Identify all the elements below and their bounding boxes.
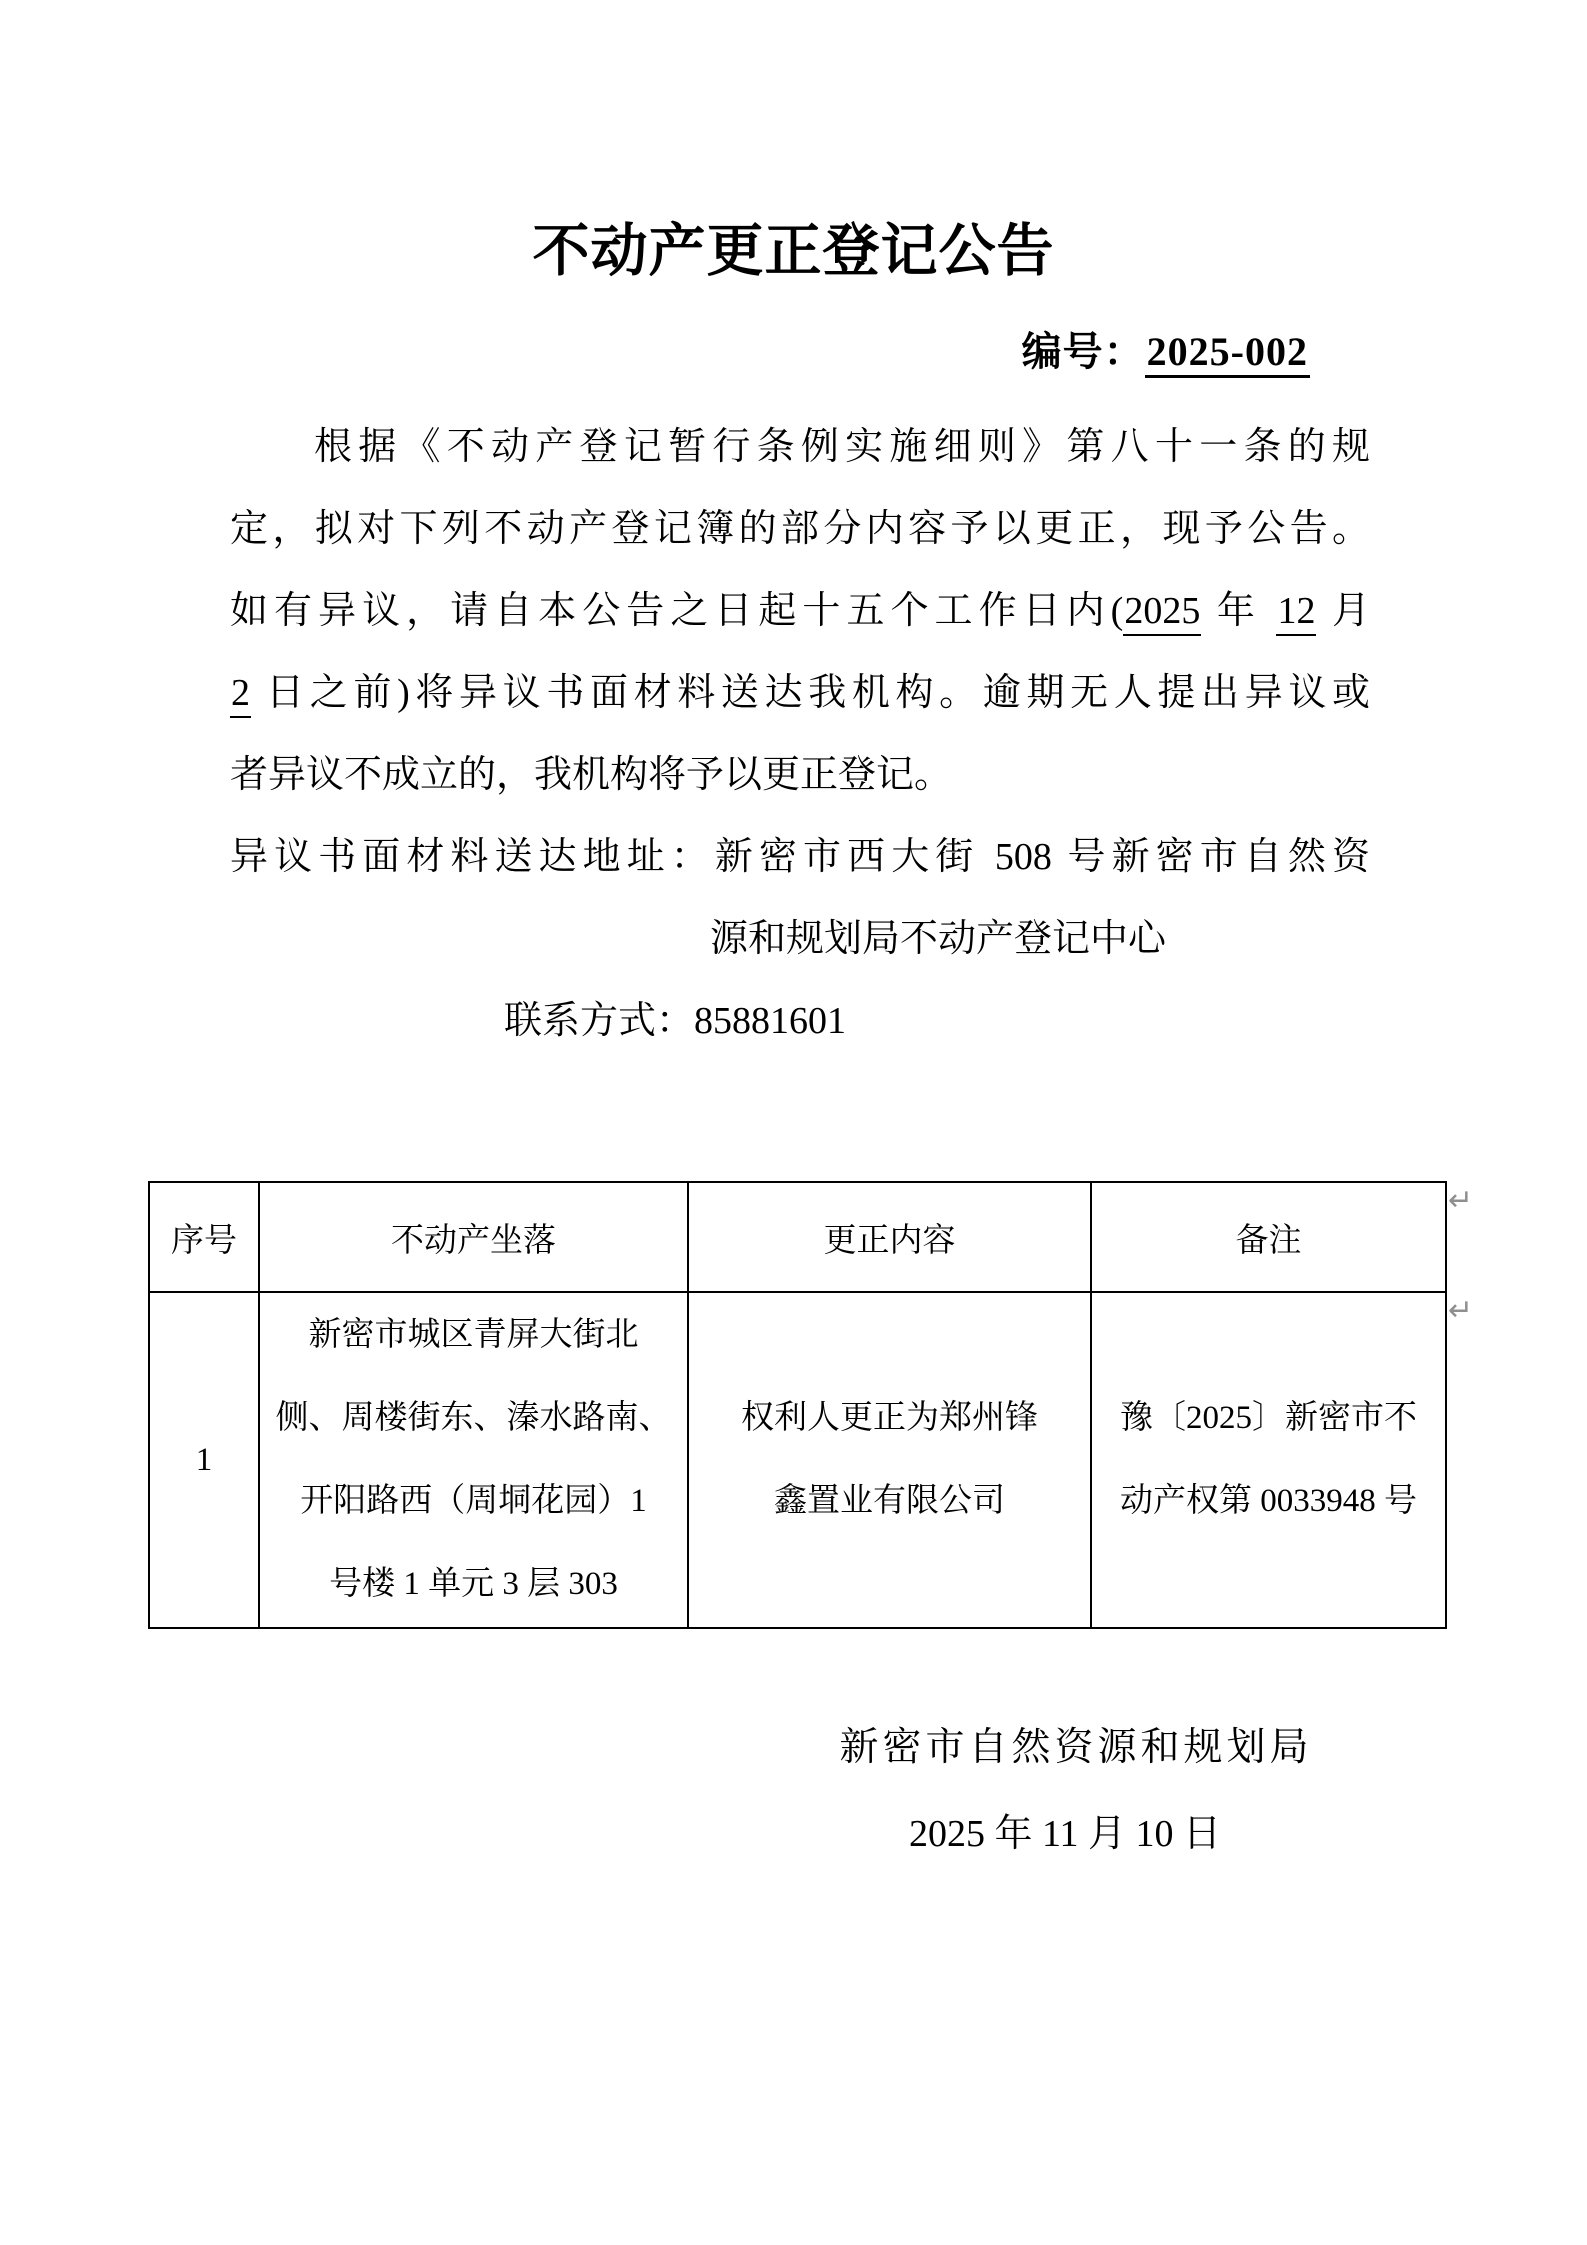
location-line: 新密市城区青屏大街北 (266, 1294, 681, 1377)
address-line-1: 异议书面材料送达地址：新密市西大街 508 号新密市自然资 (230, 816, 1370, 898)
body-line-5: 者异议不成立的，我机构将予以更正登记。 (230, 734, 1370, 816)
deadline-month: 12 (1276, 590, 1316, 636)
body-line-4: 2 日之前)将异议书面材料送达我机构。逾期无人提出异议或 (230, 652, 1370, 734)
address-line-2: 源和规划局不动产登记中心 (230, 898, 1370, 980)
document-page: 不动产更正登记公告 编号：2025-002 根据《不动产登记暂行条例实施细则》第… (0, 0, 1587, 2245)
doc-number-value: 2025-002 (1145, 329, 1310, 378)
deadline-day: 2 (230, 672, 251, 718)
body-line-3: 如有异议，请自本公告之日起十五个工作日内(2025 年 12 月 (230, 570, 1370, 652)
correction-line: 权利人更正为郑州锋 (695, 1377, 1084, 1460)
contact-label: 联系方式： (504, 1000, 694, 1042)
table-row: 1 新密市城区青屏大街北 侧、周楼街东、溱水路南、 开阳路西（周垌花园）1 号楼… (149, 1292, 1446, 1628)
contact-phone: 85881601 (694, 1000, 846, 1042)
doc-number-label: 编号： (1022, 329, 1145, 374)
header-location: 不动产坐落 (259, 1182, 688, 1292)
body-line-3-text: 月 (1316, 590, 1370, 632)
location-line: 号楼 1 单元 3 层 303 (266, 1543, 681, 1626)
cell-seq: 1 (149, 1292, 259, 1628)
issuer-signature: 新密市自然资源和规划局 (839, 1722, 1312, 1774)
header-correction: 更正内容 (688, 1182, 1091, 1292)
cell-remark: 豫〔2025〕新密市不 动产权第 0033948 号 (1091, 1292, 1446, 1628)
body-line-3-text: 年 (1201, 590, 1276, 632)
notice-body: 根据《不动产登记暂行条例实施细则》第八十一条的规 定，拟对下列不动产登记簿的部分… (230, 406, 1370, 1062)
correction-table: 序号 不动产坐落 更正内容 备注 1 新密市城区青屏大街北 侧、周楼街东、溱水路… (148, 1181, 1447, 1629)
line-break-mark-icon: ↵ (1448, 1186, 1473, 1216)
table-header-row: 序号 不动产坐落 更正内容 备注 (149, 1182, 1446, 1292)
deadline-year: 2025 (1123, 590, 1201, 636)
header-seq: 序号 (149, 1182, 259, 1292)
page-title: 不动产更正登记公告 (0, 216, 1587, 288)
issue-date: 2025 年 11 月 10 日 (909, 1808, 1221, 1860)
doc-number: 编号：2025-002 (1022, 326, 1310, 378)
contact-line: 联系方式：85881601 (230, 980, 1370, 1062)
body-line-4-text: 日之前)将异议书面材料送达我机构。逾期无人提出异议或 (251, 672, 1370, 714)
body-line-1: 根据《不动产登记暂行条例实施细则》第八十一条的规 (230, 406, 1370, 488)
remark-line: 动产权第 0033948 号 (1098, 1460, 1439, 1543)
body-line-3-text: 如有异议，请自本公告之日起十五个工作日内( (230, 590, 1123, 632)
header-remark: 备注 (1091, 1182, 1446, 1292)
cell-correction: 权利人更正为郑州锋 鑫置业有限公司 (688, 1292, 1091, 1628)
location-line: 开阳路西（周垌花园）1 (266, 1460, 681, 1543)
location-line: 侧、周楼街东、溱水路南、 (266, 1377, 681, 1460)
remark-line: 豫〔2025〕新密市不 (1098, 1377, 1439, 1460)
cell-location: 新密市城区青屏大街北 侧、周楼街东、溱水路南、 开阳路西（周垌花园）1 号楼 1… (259, 1292, 688, 1628)
line-break-mark-icon: ↵ (1448, 1296, 1473, 1326)
body-line-2: 定，拟对下列不动产登记簿的部分内容予以更正，现予公告。 (230, 488, 1370, 570)
correction-line: 鑫置业有限公司 (695, 1460, 1084, 1543)
